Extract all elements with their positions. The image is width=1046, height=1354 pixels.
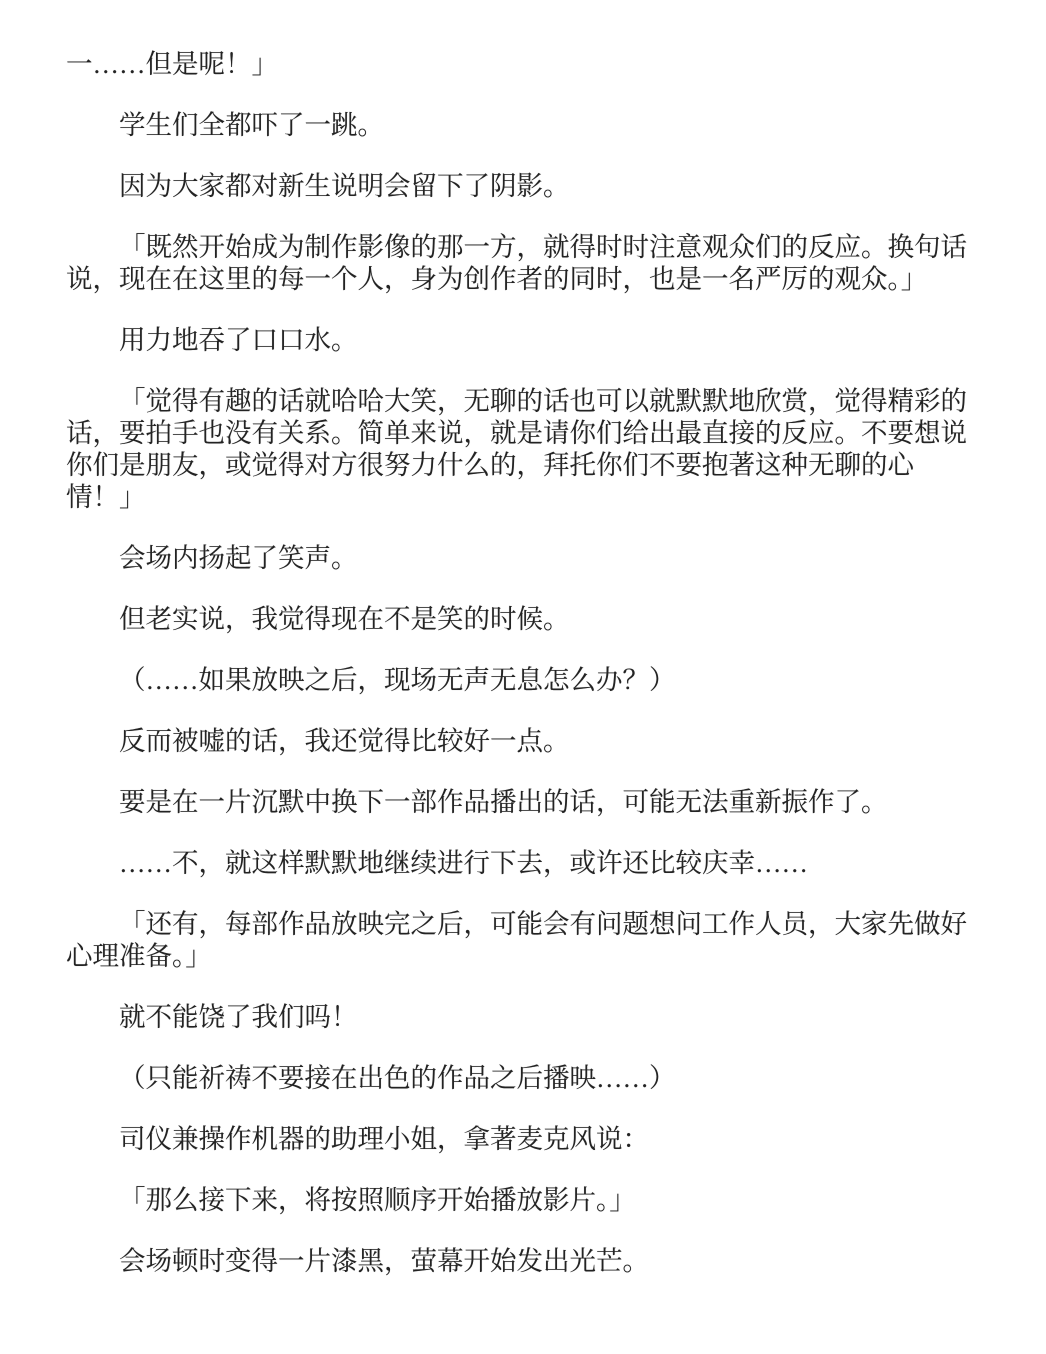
paragraph-2: 学生们全都吓了一跳。 (66, 109, 984, 141)
paragraph-12: ……不，就这样默默地继续进行下去，或许还比较庆幸…… (66, 847, 984, 879)
book-page: 一……但是呢！」学生们全都吓了一跳。因为大家都对新生说明会留下了阴影。「既然开始… (0, 0, 1046, 1354)
paragraph-6: 「觉得有趣的话就哈哈大笑，无聊的话也可以就默默地欣赏，觉得精彩的 话，要拍手也没… (66, 385, 984, 513)
paragraph-8: 但老实说，我觉得现在不是笑的时候。 (66, 603, 984, 635)
paragraph-18: 会场顿时变得一片漆黑，萤幕开始发出光芒。 (66, 1245, 984, 1277)
paragraph-7: 会场内扬起了笑声。 (66, 542, 984, 574)
paragraph-5: 用力地吞了口口水。 (66, 324, 984, 356)
paragraph-11: 要是在一片沉默中换下一部作品播出的话，可能无法重新振作了。 (66, 786, 984, 818)
paragraph-14: 就不能饶了我们吗！ (66, 1001, 984, 1033)
paragraph-10: 反而被嘘的话，我还觉得比较好一点。 (66, 725, 984, 757)
paragraph-17: 「那么接下来，将按照顺序开始播放影片。」 (66, 1184, 984, 1216)
paragraph-1: 一……但是呢！」 (66, 48, 984, 80)
paragraph-16: 司仪兼操作机器的助理小姐，拿著麦克风说： (66, 1123, 984, 1155)
paragraph-4: 「既然开始成为制作影像的那一方，就得时时注意观众们的反应。换句话 说，现在在这里… (66, 231, 984, 295)
paragraph-9: （……如果放映之后，现场无声无息怎么办？） (66, 664, 984, 696)
paragraph-3: 因为大家都对新生说明会留下了阴影。 (66, 170, 984, 202)
text-column: 一……但是呢！」学生们全都吓了一跳。因为大家都对新生说明会留下了阴影。「既然开始… (0, 0, 1046, 1354)
paragraph-13: 「还有，每部作品放映完之后，可能会有问题想问工作人员，大家先做好 心理准备。」 (66, 908, 984, 972)
paragraph-15: （只能祈祷不要接在出色的作品之后播映……） (66, 1062, 984, 1094)
